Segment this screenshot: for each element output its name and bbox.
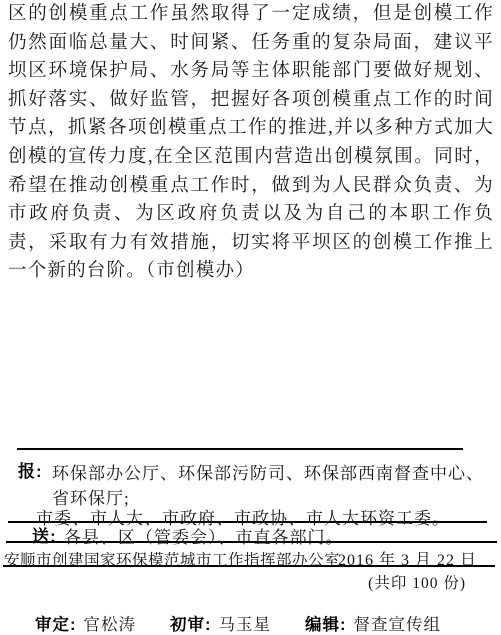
send-to-text: 各县、区（管委会）、市直各部门。 [64,523,344,548]
first-reviewer-label: 初审: [170,611,212,635]
send-to-label: 送: [32,522,57,547]
editor-name: 督查宣传组 [354,611,442,635]
credit-first-reviewer: 初审: 马玉星 [170,611,271,635]
issue-date: 2016 年 3 月 22 日 [338,547,477,570]
reviewer-label: 审定: [35,611,77,635]
first-reviewer-name: 马玉星 [219,611,272,635]
document-page: 区的创模重点工作虽然取得了一定成绩，但是创模工作仍然面临总量大、时间紧、任务重的… [0,0,501,635]
reviewer-name: 官松涛 [84,611,137,635]
report-to-line-1: 环保部办公厅、环保部污防司、环保部西南督查中心、 [52,459,484,484]
credit-editor: 编辑: 督查宣传组 [305,611,441,635]
credit-reviewer: 审定: 官松涛 [35,611,136,635]
body-paragraph: 区的创模重点工作虽然取得了一定成绩，但是创模工作仍然面临总量大、时间紧、任务重的… [8,0,494,286]
separator-rule-top [17,448,463,450]
print-copies-note: (共印 100 份) [368,571,466,593]
credits-row: 审定: 官松涛 初审: 马玉星 编辑: 督查宣传组 [35,611,441,635]
report-to-label: 报: [18,457,43,482]
editor-label: 编辑: [305,611,347,635]
issuing-office: 安顺市创建国家环保模范城市工作指挥部办公室 [4,548,340,570]
